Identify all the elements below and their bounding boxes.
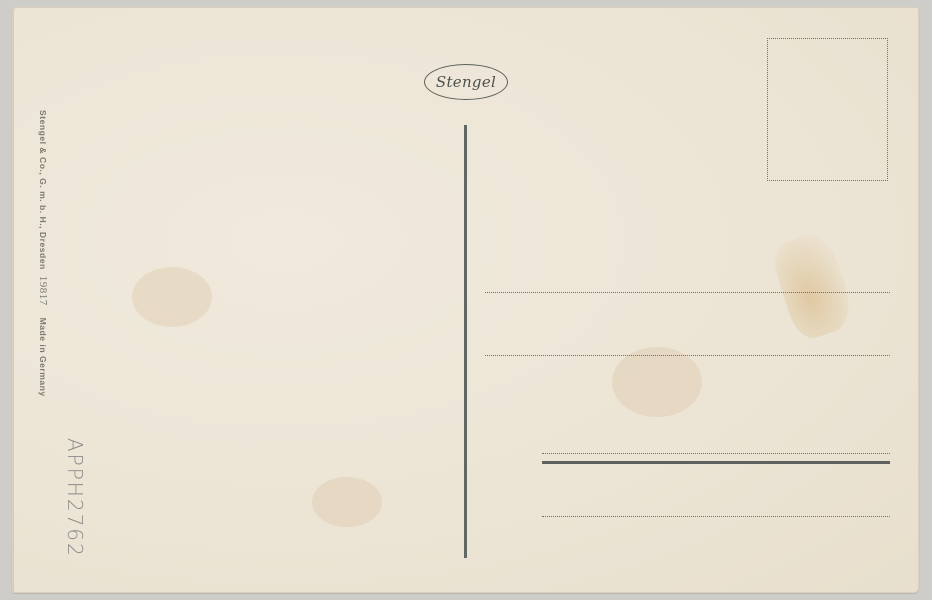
paper-spot xyxy=(612,347,702,417)
address-underline-solid xyxy=(542,461,890,464)
address-line-1 xyxy=(485,292,890,293)
center-divider-line xyxy=(464,125,467,558)
handwritten-accession-number: APPH2762 xyxy=(63,438,87,558)
address-line-3 xyxy=(542,453,890,454)
card-number: 19817 xyxy=(37,276,49,306)
logo-text: Stengel xyxy=(436,73,496,91)
publisher-imprint: Stengel & Co., G. m. b. H., Dresden 1981… xyxy=(37,110,49,397)
origin-text: Made in Germany xyxy=(38,318,48,397)
stengel-logo: Stengel xyxy=(424,64,508,100)
stamp-box xyxy=(767,38,888,181)
address-line-4 xyxy=(542,516,890,517)
paper-spot xyxy=(132,267,212,327)
address-line-2 xyxy=(485,355,890,356)
paper-spot xyxy=(312,477,382,527)
publisher-company: Stengel & Co., G. m. b. H., Dresden xyxy=(38,110,48,270)
